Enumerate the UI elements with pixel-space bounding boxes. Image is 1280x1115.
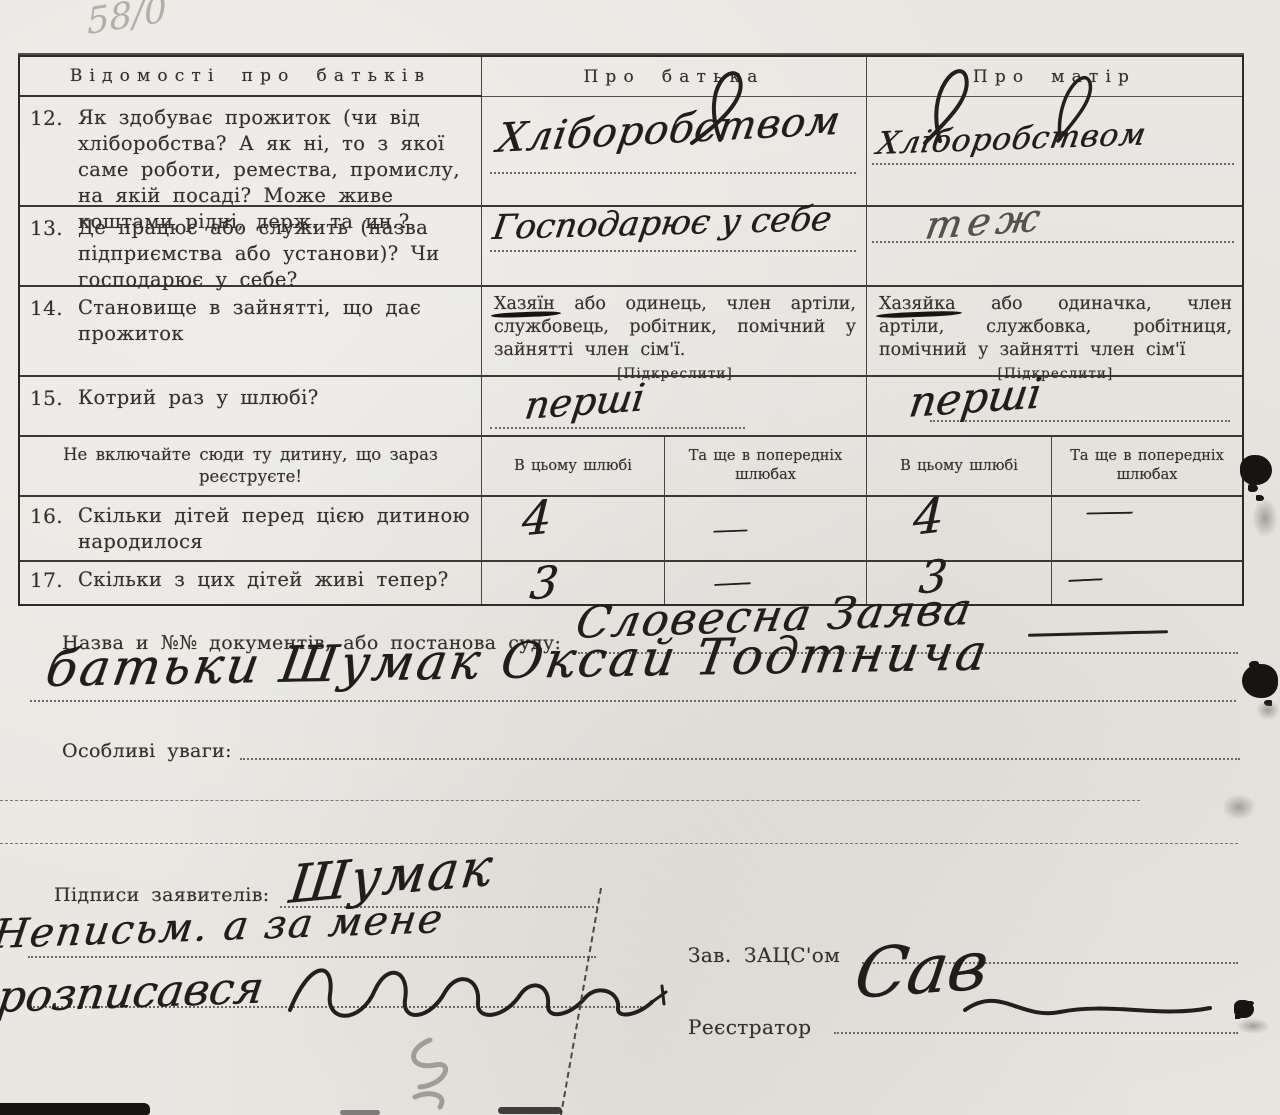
documents-dotted-line2 <box>30 700 1236 702</box>
question-14-number: 14. <box>30 295 78 375</box>
handwritten-count: 3 <box>527 557 560 610</box>
q17-mother-previous-marriages-value: — <box>1052 562 1242 604</box>
question-13-number: 13. <box>30 215 78 285</box>
subheader-mother-previous-marriages: Та ще в попередніх шлюбах <box>1052 437 1242 497</box>
special-notes-label: Особливі уваги: <box>62 738 232 764</box>
question-15-number: 15. <box>30 385 78 435</box>
question-16-number: 16. <box>30 503 78 560</box>
question-13-label: 13. Де працює або служить (назва підприє… <box>20 207 482 287</box>
registrar-signature-flourish <box>960 990 1220 1030</box>
q14-father-underlined-word: Хазяїн <box>494 294 555 314</box>
q14-mother-options: Хазяйка або одиначка, член артіли, служб… <box>867 287 1242 377</box>
question-17-text: Скільки з цих дітей живі тепер? <box>78 567 475 604</box>
header-parents-label: Відомості про батьків <box>70 66 431 86</box>
bottom-edge-mark <box>0 1103 150 1115</box>
handwriting-flourish-dash <box>1028 630 1168 637</box>
ink-smudge <box>1252 498 1278 538</box>
bottom-edge-mark <box>340 1110 380 1115</box>
question-16-label: 16. Скільки дітей перед цією дитиною нар… <box>20 497 482 562</box>
ink-smudge <box>1256 700 1280 720</box>
question-17-number: 17. <box>30 567 78 604</box>
q16-father-previous-marriages-value: — <box>665 497 867 562</box>
handwritten-dash: — <box>1065 563 1104 595</box>
registrar-label: Реєстратор <box>688 1014 811 1040</box>
subheader-father-this-marriage: В цьому шлюбі <box>482 437 665 497</box>
question-12-label: 12. Як здобуває прожиток (чи від хліборо… <box>20 97 482 207</box>
ruling-line <box>490 172 856 174</box>
question-17-label: 17. Скільки з цих дітей живі тепер? <box>20 562 482 604</box>
special-notes-dotted-line <box>240 758 1240 760</box>
handwritten-count: 4 <box>912 487 944 547</box>
handwriting-q15-father: перші <box>522 375 647 428</box>
blank-ruled-line <box>0 800 1140 801</box>
ink-blot <box>1242 664 1278 698</box>
question-12-number: 12. <box>30 105 78 205</box>
ruling-line <box>872 163 1234 165</box>
zags-head-label: Зав. ЗАЦС'ом <box>688 942 840 968</box>
bottom-edge-mark <box>498 1107 562 1114</box>
question-14-text: Становище в зайнятті, що дає прожиток <box>78 295 475 375</box>
question-13-text: Де працює або служить (назва підприємств… <box>78 215 475 285</box>
q14-father-options: Хазяїн або одинець, член артіли, службов… <box>482 287 867 377</box>
q16-mother-this-marriage-value: 4 <box>867 497 1052 562</box>
subheader-mother-this-marriage: В цьому шлюбі <box>867 437 1052 497</box>
question-15-text: Котрий раз у шлюбі? <box>78 385 475 435</box>
handwriting-signature-scrawl <box>280 950 680 1040</box>
ink-blot <box>1240 455 1272 485</box>
exclude-child-note: Не включайте сюди ту дитину, що зараз ре… <box>20 437 482 497</box>
question-16-text: Скільки дітей перед цією дитиною народил… <box>78 503 475 560</box>
handwritten-count: 4 <box>521 489 553 546</box>
q14-mother-underlined-word: Хазяйка <box>879 294 956 314</box>
ruling-line <box>490 250 856 252</box>
exclude-child-note-text: Не включайте сюди ту дитину, що зараз ре… <box>46 444 455 488</box>
registrar-dotted-line <box>834 1032 1238 1034</box>
q16-father-this-marriage-value: 4 <box>482 497 665 562</box>
question-14-label: 14. Становище в зайнятті, що дає прожито… <box>20 287 482 377</box>
handwritten-dash: — <box>711 514 750 545</box>
handwriting-q15-mother: перші <box>906 368 1045 427</box>
handwritten-dash: — <box>1083 497 1134 528</box>
subheader-text: В цьому шлюбі <box>514 457 632 476</box>
ink-smudge <box>1222 794 1256 820</box>
q16-mother-previous-marriages-value: — <box>1052 497 1242 562</box>
handwriting-flourish <box>640 55 1140 145</box>
handwriting-q13-mother: теж <box>922 195 1049 248</box>
question-12-text: Як здобуває прожиток (чи від хліборобств… <box>78 105 475 205</box>
handwriting-signature-line3: розписався <box>0 962 267 1023</box>
subheader-text: Та ще в попередніх шлюбах <box>671 447 860 485</box>
scanned-registration-form: 58/0 Відомості про батьків Про батька Пр… <box>0 0 1280 1115</box>
ink-blot <box>1234 1000 1254 1018</box>
blank-ruled-line <box>0 843 1238 844</box>
ink-smudge <box>1236 1018 1270 1034</box>
subheader-father-previous-marriages: Та ще в попередніх шлюбах <box>665 437 867 497</box>
pencil-corner-note: 58/0 <box>86 0 168 43</box>
subheader-text: В цьому шлюбі <box>900 457 1018 476</box>
question-15-label: 15. Котрий раз у шлюбі? <box>20 377 482 437</box>
header-parents-info: Відомості про батьків <box>20 57 482 97</box>
pencil-scribble <box>390 1035 470 1115</box>
subheader-text: Та ще в попередніх шлюбах <box>1058 447 1236 485</box>
